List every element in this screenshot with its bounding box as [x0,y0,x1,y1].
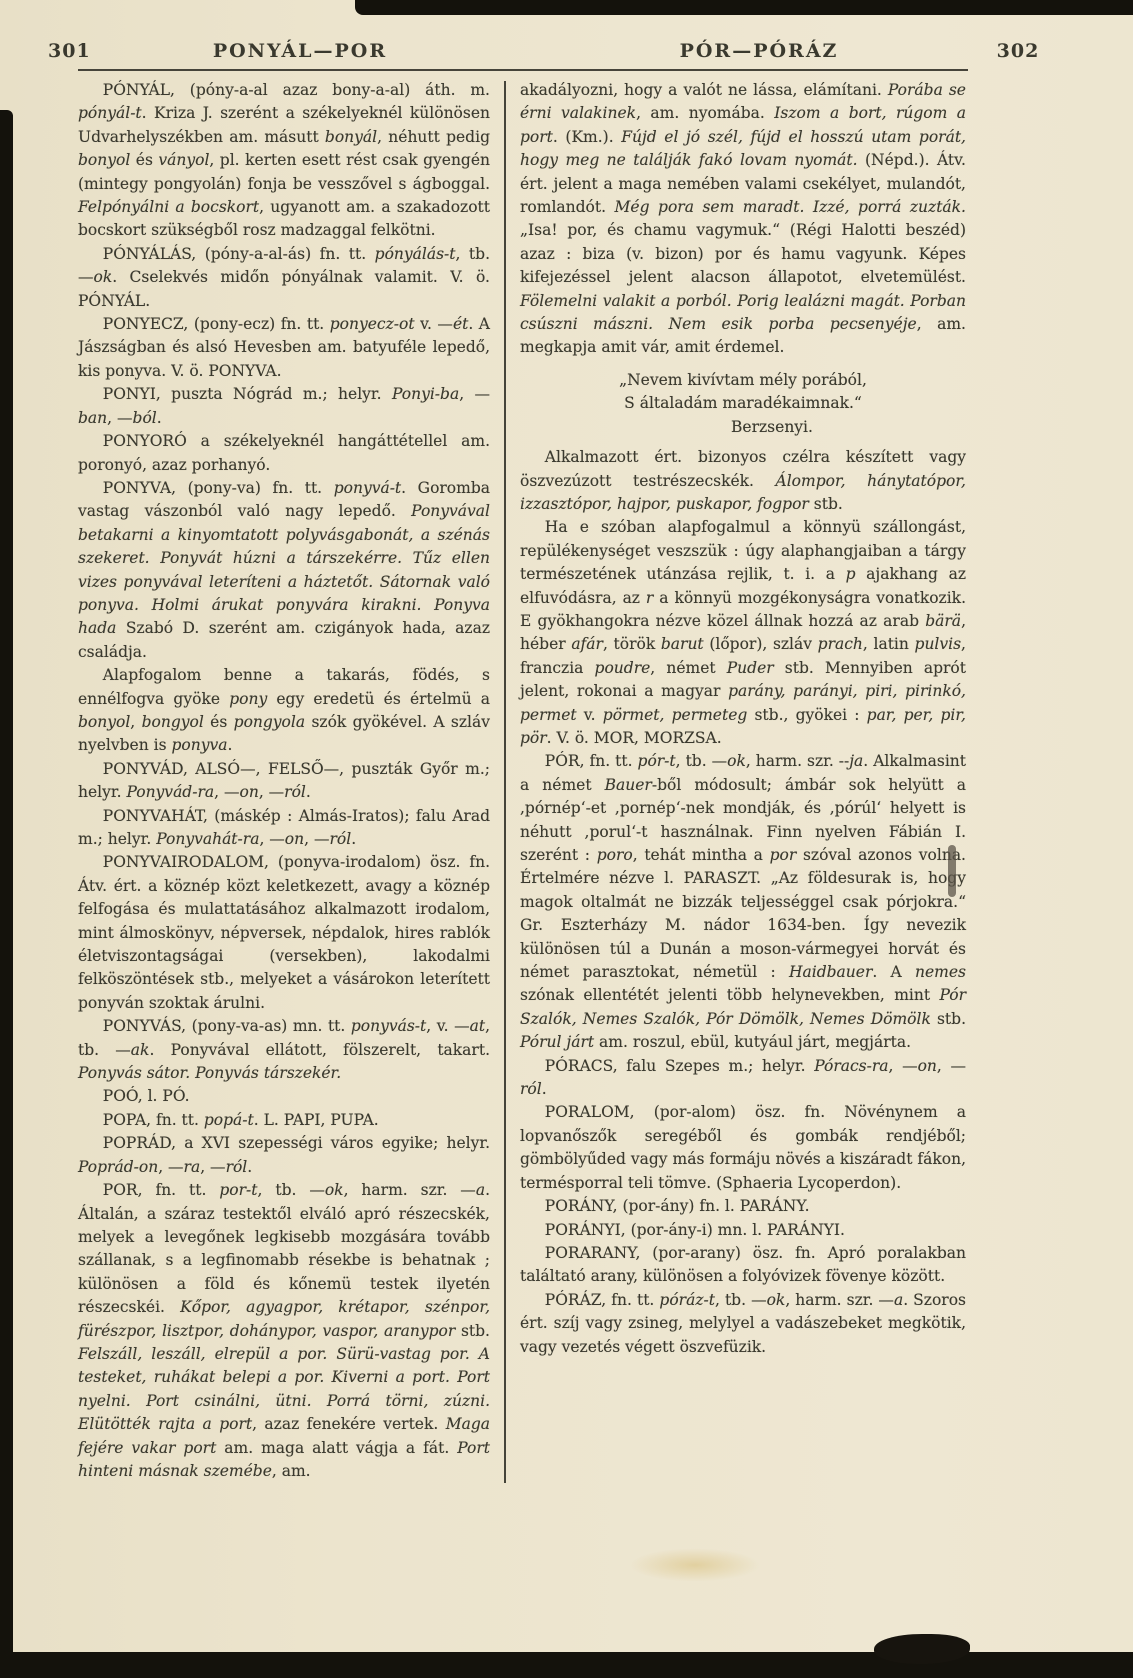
scan-edge-top [355,0,1133,15]
scan-artifact-streak [948,845,956,897]
page-content: 301 PONYÁL—POR PÓR—PÓRÁZ 302 PÓNYÁL, (pó… [0,0,1133,1483]
entry-popa: POPA, fn. tt. popá-t. L. PAPI, PUPA. [78,1109,490,1132]
column-right: akadályozni, hogy a valót ne lássa, elám… [520,79,966,1483]
entry-ponyvas: PONYVÁS, (pony-va-as) mn. tt. ponyvás-t,… [78,1015,490,1085]
entry-ponyal: PÓNYÁL, (póny-a-al azaz bony-a-al) áth. … [78,79,490,243]
running-title-left: PONYÁL—POR [94,40,506,62]
scan-artifact-blob [874,1634,970,1664]
entry-por-etymology: Ha e szóban alapfogalmul a könnyü szállo… [520,516,966,750]
column-divider-rule [504,81,506,1483]
entry-ponyi: PONYI, puszta Nógrád m.; helyr. Ponyi-ba… [78,383,490,430]
entry-poprad: POPRÁD, a XVI szepességi város egyike; h… [78,1132,490,1179]
entry-ponyoro: PONYORÓ a székelyeknél hangáttétellel am… [78,430,490,477]
text-columns: PÓNYÁL, (póny-a-al azaz bony-a-al) áth. … [78,79,968,1483]
entry-poralom: PORALOM, (por-alom) ösz. fn. Növénynem a… [520,1101,966,1195]
scan-edge-left [0,110,13,1678]
verse-line: S általadám maradékaimnak.“ [520,392,966,415]
verse-quotation: „Nevem kivívtam mély porából, S általadá… [520,369,966,439]
header-rule [78,69,968,71]
entry-por-continuation: akadályozni, hogy a valót ne lássa, elám… [520,79,966,360]
entry-ponyvairodalom: PONYVAIRODALOM, (ponyva-irodalom) ösz. f… [78,851,490,1015]
paper-stain [630,1548,760,1582]
entry-ponyvahat: PONYVAHÁT, (máskép : Almás-Iratos); falu… [78,805,490,852]
page-number-left: 301 [48,40,94,62]
entry-por-applied-sense: Alkalmazott ért. bizonyos czélra készíte… [520,446,966,516]
entry-poranyi: PORÁNYI, (por-ány-i) mn. l. PARÁNYI. [520,1219,966,1242]
entry-ponyecz: PONYECZ, (pony-ecz) fn. tt. ponyecz-ot v… [78,313,490,383]
verse-author: Berzsenyi. [520,416,966,439]
entry-poraz: PÓRÁZ, fn. tt. póráz-t, tb. —ok, harm. s… [520,1289,966,1359]
entry-por: POR, fn. tt. por-t, tb. —ok, harm. szr. … [78,1179,490,1483]
entry-poo: POÓ, l. PÓ. [78,1085,490,1108]
entry-poracs: PÓRACS, falu Szepes m.; helyr. Póracs-ra… [520,1055,966,1102]
running-title-right: PÓR—PÓRÁZ [536,40,982,62]
entry-ponyva: PONYVA, (pony-va) fn. tt. ponyvá-t. Goro… [78,477,490,664]
page-number-right: 302 [982,40,1054,62]
entry-porarany: PORARANY, (por-arany) ösz. fn. Apró pora… [520,1242,966,1289]
entry-porany: PORÁNY, (por-ány) fn. l. PARÁNY. [520,1195,966,1218]
running-header: 301 PONYÁL—POR PÓR—PÓRÁZ 302 [78,40,1133,62]
scanned-dictionary-page: 301 PONYÁL—POR PÓR—PÓRÁZ 302 PÓNYÁL, (pó… [0,0,1133,1652]
verse-line: „Nevem kivívtam mély porából, [520,369,966,392]
entry-ponyalas: PÓNYÁLÁS, (póny-a-al-ás) fn. tt. pónyálá… [78,243,490,313]
entry-por-peasant: PÓR, fn. tt. pór-t, tb. —ok, harm. szr. … [520,750,966,1054]
column-left: PÓNYÁL, (póny-a-al azaz bony-a-al) áth. … [78,79,490,1483]
entry-ponyva-note: Alapfogalom benne a takarás, födés, s en… [78,664,490,758]
entry-ponyvad: PONYVÁD, ALSÓ—, FELSŐ—, puszták Győr m.;… [78,758,490,805]
